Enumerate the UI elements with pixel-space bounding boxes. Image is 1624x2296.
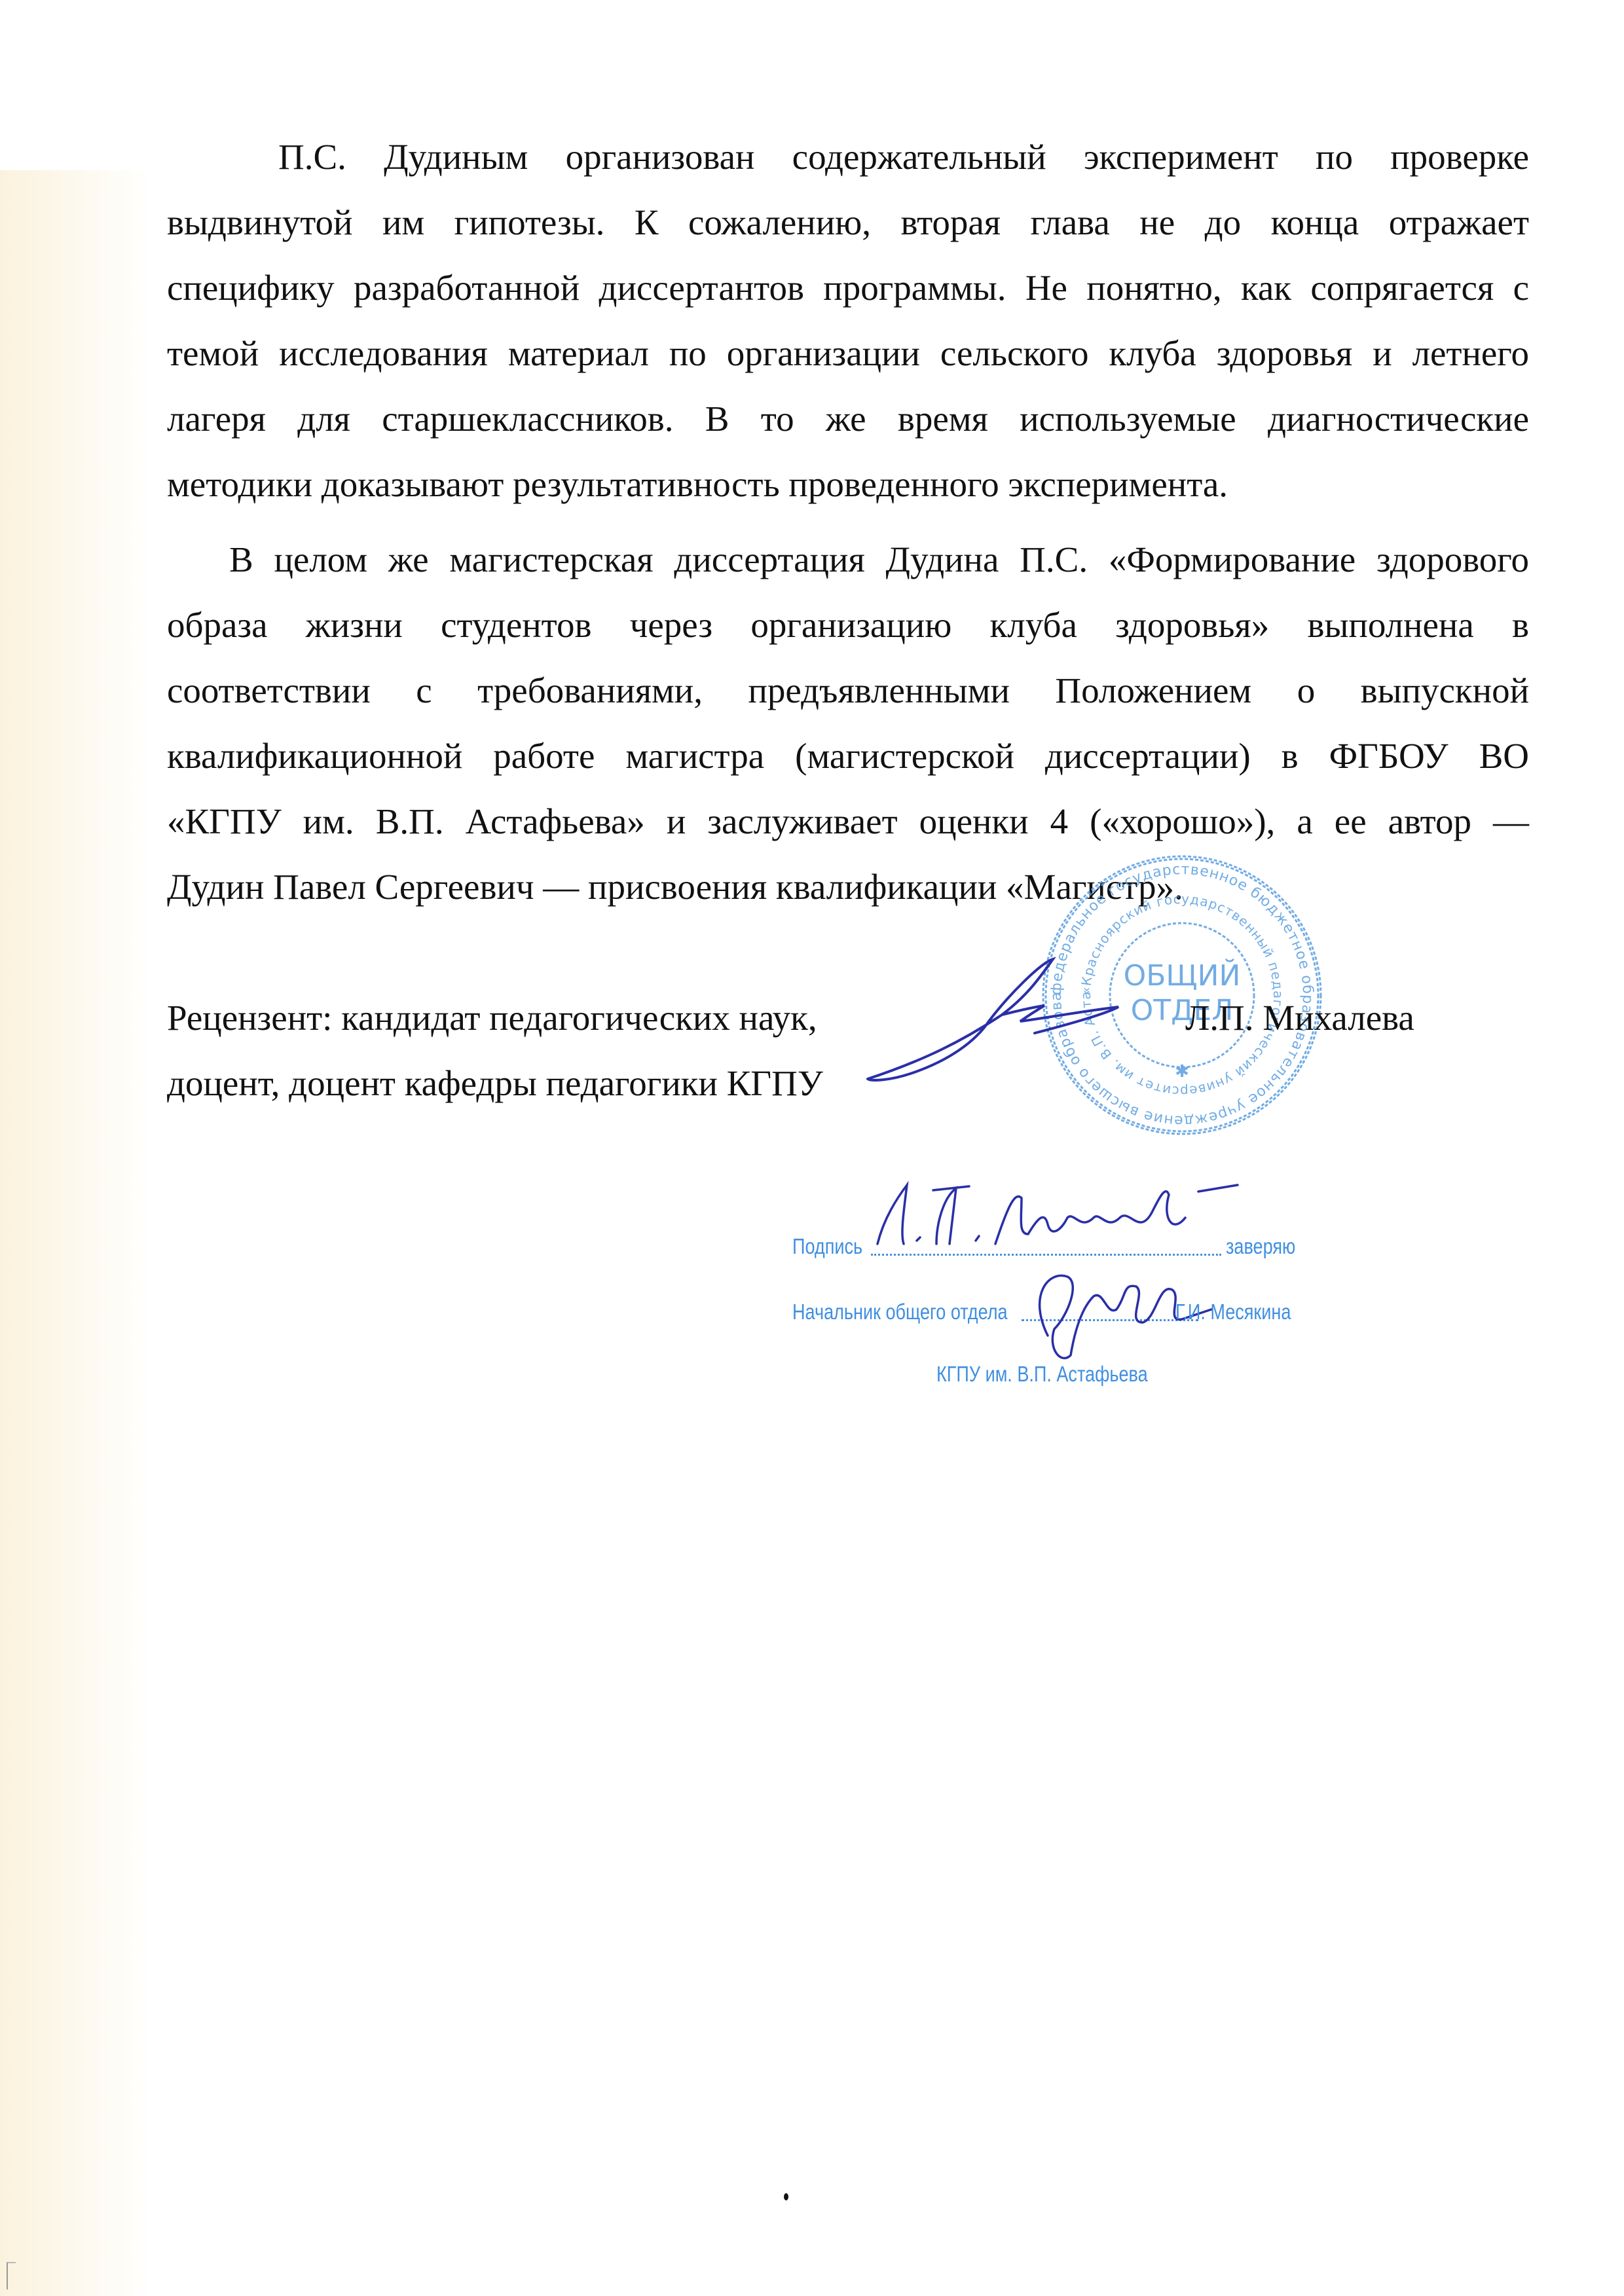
text-line: П.С. Дудиным организован содержательный … — [167, 124, 1529, 190]
institution-name: КГПУ им. В.П. Астафьева — [936, 1362, 1148, 1387]
reviewer-credentials: Рецензент: кандидат педагогических наук,… — [167, 985, 823, 1116]
text-line: темой исследования материал по организац… — [167, 321, 1529, 386]
text-line: лагеря для старшеклассников. В то же вре… — [167, 386, 1529, 452]
text-line: квалификационной работе магистра (магист… — [167, 723, 1529, 789]
signature-label: Подпись — [792, 1234, 862, 1259]
head-name: Г.И. Месякина — [1175, 1300, 1291, 1324]
text-line: выдвинутой им гипотезы. К сожалению, вто… — [167, 190, 1529, 255]
text-line: образа жизни студентов через организацию… — [167, 592, 1529, 658]
scan-corner-mark — [7, 2262, 16, 2289]
head-label: Начальник общего отдела — [792, 1300, 1008, 1324]
reviewer-line1: Рецензент: кандидат педагогических наук, — [167, 985, 823, 1051]
text-line: соответствии с требованиями, предъявленн… — [167, 658, 1529, 723]
reviewer-signature — [845, 943, 1211, 1113]
text-line: специфику разработанной диссертантов про… — [167, 255, 1529, 321]
paragraph-experiment: П.С. Дудиным организован содержательный … — [167, 124, 1529, 517]
scan-edge-tint — [0, 170, 151, 2296]
certified-signature-handwriting — [871, 1172, 1244, 1257]
reviewer-line2: доцент, доцент кафедры педагогики КГПУ — [167, 1051, 823, 1116]
certify-word: заверяю — [1226, 1234, 1295, 1259]
text-line: методики доказывают результативность про… — [167, 452, 1529, 517]
text-line: В целом же магистерская диссертация Дуди… — [167, 527, 1529, 592]
text-line: «КГПУ им. В.П. Астафьева» и заслуживает … — [167, 789, 1529, 854]
reviewer-name: Л.П. Михалева — [1185, 985, 1414, 1051]
ink-dot — [784, 2193, 788, 2200]
